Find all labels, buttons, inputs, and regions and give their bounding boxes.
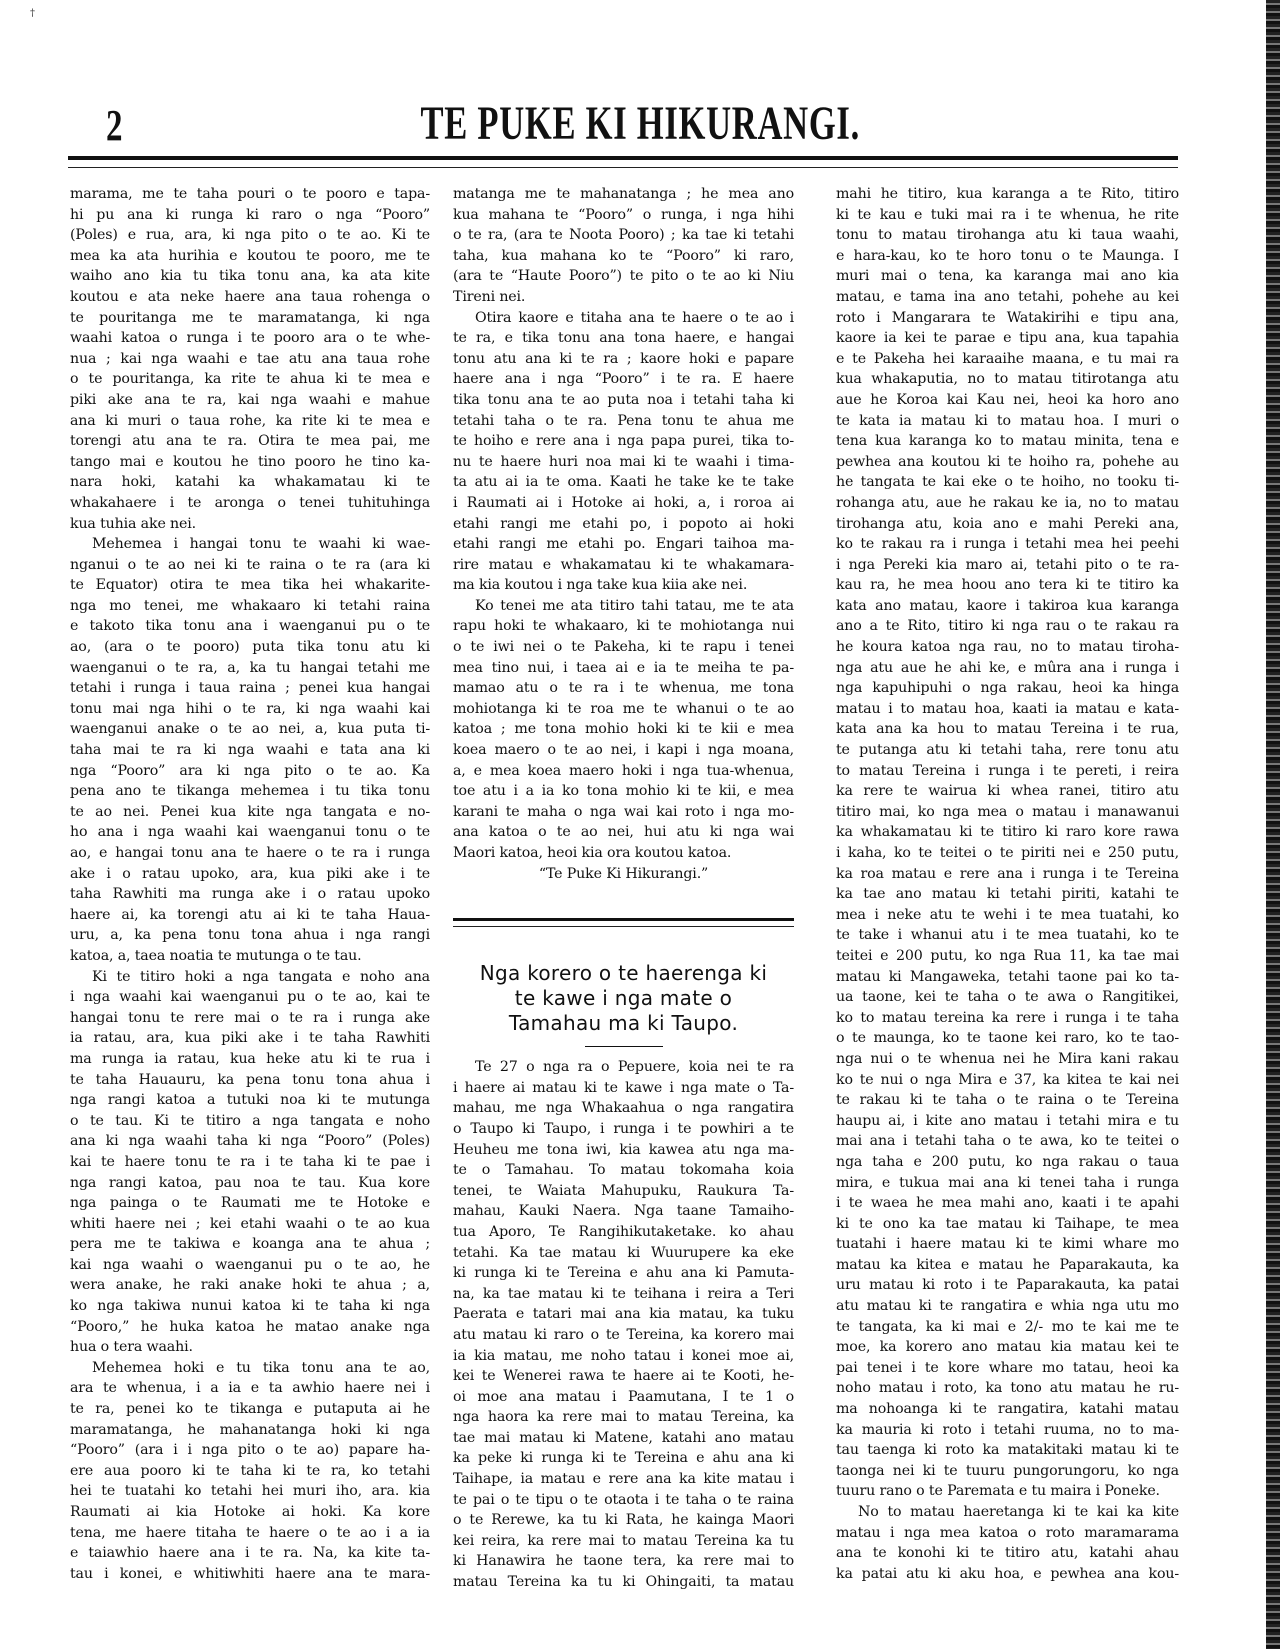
text-line: te putanga atu ki tetahi taha, rere tonu…	[836, 740, 1179, 761]
text-line: ano a te Rito, titiro ki nga rau o te ra…	[836, 616, 1179, 637]
column-2: matanga me te mahanatanga ; he mea anoku…	[453, 184, 794, 1593]
text-line: i Raumati ai i Hotoke ai hoki, a, i roro…	[453, 493, 794, 514]
divider-thin-rule	[453, 926, 794, 927]
text-line: Paerata e tatari mai ana kia matau, ka t…	[453, 1304, 794, 1325]
text-line: pai tenei i te kore whare mo tatau, heoi…	[836, 1358, 1179, 1379]
text-line: te ra, penei ko te tikanga e putaputa ai…	[70, 1399, 430, 1420]
scan-mark: †	[30, 8, 35, 19]
text-line: mai ana i tetahi taha o te awa, ko te te…	[836, 1131, 1179, 1152]
text-line: tonu atu ana ki te ra ; kaore hoki e pap…	[453, 349, 794, 370]
text-line: waenganui anake o te ao nei, a, kua puta…	[70, 719, 430, 740]
text-line: kua whakaputia, no to matau titirotanga …	[836, 369, 1179, 390]
text-line: Ki te titiro hoki a nga tangata e noho a…	[70, 967, 430, 988]
text-line: kei te Wenerei rawa te haere ai te Kooti…	[453, 1366, 794, 1387]
editorial-body: matanga me te mahanatanga ; he mea anoku…	[453, 184, 794, 864]
text-line: roto i Mangarara te Watakirihi e tipu an…	[836, 308, 1179, 329]
text-line: tango mai e koutou he tino pooro he tino…	[70, 452, 430, 473]
text-line: te Equator) otira te mea tika hei whakar…	[70, 575, 430, 596]
text-line: titiro mai, ko nga mea o matau i manawan…	[836, 802, 1179, 823]
text-line: mea i neke atu te wehi i te mea tuatahi,…	[836, 905, 1179, 926]
text-line: mohiotanga ki te roa me te whanui o te a…	[453, 699, 794, 720]
text-line: matau ka kitea e matau he Paparakauta, k…	[836, 1255, 1179, 1276]
text-line: ko nga takiwa nunui katoa ki te taha ki …	[70, 1296, 430, 1317]
text-line: tuatahi i haere matau ki te kimi whare m…	[836, 1234, 1179, 1255]
text-line: ake i o ratau upoko, ara, kua piki ake i…	[70, 864, 430, 885]
text-line: piki ake ana te ra, kai nga waahi e mahu…	[70, 390, 430, 411]
text-line: ana ki nga waahi taha ki nga “Pooro” (Po…	[70, 1131, 430, 1152]
text-line: ma nohoanga ki te rangatira, katahi mata…	[836, 1399, 1179, 1420]
text-line: mamao atu o te ra i te whenua, me tona	[453, 678, 794, 699]
text-line: ka tae ano matau ki tetahi piriti, katah…	[836, 884, 1179, 905]
text-line: tua Aporo, Te Rangihikutaketake. ko ahau	[453, 1222, 794, 1243]
text-line: torengi atu ana te ra. Otira te mea pai,…	[70, 431, 430, 452]
text-line: matau i nga mea katoa o roto maramarama	[836, 1523, 1179, 1544]
text-line: tau taenga ki roto ka matakitaki matau k…	[836, 1440, 1179, 1461]
text-line: matau ki Mangaweka, tetahi taone pai ko …	[836, 967, 1179, 988]
text-line: te tangata, ka ki mai e 2/- mo te kai me…	[836, 1317, 1179, 1338]
text-line: nga painga o te Raumati me te Hotoke e	[70, 1193, 430, 1214]
column-1: marama, me te taha pouri o te pooro e ta…	[70, 184, 430, 1584]
text-line: kau ra, he mea hoou ano tera ki te titir…	[836, 575, 1179, 596]
text-line: ki Hanawira he taone tera, ka rere mai t…	[453, 1551, 794, 1572]
text-line: Te 27 o nga ra o Pepuere, koia nei te ra	[453, 1057, 794, 1078]
text-line: moe, ka korero ano matau kia matau kei t…	[836, 1337, 1179, 1358]
text-line: ka rere te wairua ki whea ranei, titiro …	[836, 781, 1179, 802]
text-line: mahau, Kauki Naera. Nga taane Tamaiho-	[453, 1201, 794, 1222]
text-line: ana ki muri o taua rohe, ka rite ki te m…	[70, 411, 430, 432]
text-line: ana te konohi ki te titiro atu, katahi a…	[836, 1543, 1179, 1564]
text-line: haupu ai, i kite ano matau i tetahi mira…	[836, 1111, 1179, 1132]
text-line: ia ratau, ara, kua piki ake i te taha Ra…	[70, 1028, 430, 1049]
divider-thick-rule	[453, 918, 794, 921]
text-line: o te pouritanga, ka rite te ahua ki te m…	[70, 369, 430, 390]
text-line: i kaha, ko te teitei o te piriti nei e 2…	[836, 843, 1179, 864]
text-line: katoa ; me tona mohio hoki ki te kii e m…	[453, 719, 794, 740]
text-line: waenganui o te ra, a, ka tu hangai tetah…	[70, 658, 430, 679]
text-line: (ara te “Haute Pooro”) te pito o te ao k…	[453, 266, 794, 287]
text-line: matanga me te mahanatanga ; he mea ano	[453, 184, 794, 205]
text-line: i haere ai matau ki te kawe i nga mate o…	[453, 1078, 794, 1099]
text-line: kata ana ka hou to matau Tereina i te ru…	[836, 719, 1179, 740]
text-line: mahi he titiro, kua karanga a te Rito, t…	[836, 184, 1179, 205]
text-line: nga “Pooro” ara ki nga pito o te ao. Ka	[70, 761, 430, 782]
text-line: o te tau. Ki te titiro a nga tangata e n…	[70, 1111, 430, 1132]
text-line: ma runga ia ratau, kua heke atu ki te ru…	[70, 1049, 430, 1070]
text-line: ia kia matau, me noho tatau i konei moe …	[453, 1346, 794, 1367]
article-body: Te 27 o nga ra o Pepuere, koia nei te ra…	[453, 1057, 794, 1592]
text-line: hei te tuatahi ko tetahi hei muri iho, a…	[70, 1481, 430, 1502]
text-line: hi pu ana ki runga ki raro o nga “Pooro”	[70, 205, 430, 226]
text-line: tae mai matau ki Matene, katahi ano mata…	[453, 1428, 794, 1449]
text-line: pera me te takiwa e koanga ana te ahua ;	[70, 1234, 430, 1255]
text-line: atu matau ki te rangatira e whia nga utu…	[836, 1296, 1179, 1317]
text-line: tetahi taha o te ra. Pena tonu te ahua m…	[453, 411, 794, 432]
text-line: oi moe ana matau i Paamutana, I te 1 o	[453, 1387, 794, 1408]
text-line: taha mai te ra ki nga waahi e tata ana k…	[70, 740, 430, 761]
text-line: (Poles) e rua, ara, ki nga pito o te ao.…	[70, 225, 430, 246]
text-line: ao, e hangai tonu ana te haere o te ra i…	[70, 843, 430, 864]
text-line: katoa, a, taea noatia te mutunga o te ta…	[70, 946, 430, 967]
text-line: matau, e tama ina ano tetahi, pohehe au …	[836, 287, 1179, 308]
text-line: te kata ia matau ki to matau hoa. I muri…	[836, 411, 1179, 432]
text-line: pena ano te tikanga mehemea i tu tika to…	[70, 781, 430, 802]
text-line: nua ; kai nga waahi e tae atu ana taua r…	[70, 349, 430, 370]
text-line: te pouritanga me te maramatanga, ki nga	[70, 308, 430, 329]
text-line: koea maero o te ao nei, i kapi i nga moa…	[453, 740, 794, 761]
text-line: taonga nei ki te tuuru pungorungoru, ko …	[836, 1461, 1179, 1482]
text-line: mahau, me nga Whakaahua o nga rangatira	[453, 1098, 794, 1119]
text-line: kata ano matau, kaore i takiroa kua kara…	[836, 596, 1179, 617]
text-line: matau i to matau hoa, kaati ia matau e k…	[836, 699, 1179, 720]
text-line: i nga Pereki kia maro ai, tetahi pito o …	[836, 555, 1179, 576]
text-line: tika tonu ana te ao puta noa i tetahi ta…	[453, 390, 794, 411]
text-line: nu te haere huri noa mai ki te waahi i t…	[453, 452, 794, 473]
article-headline: Nga korero o te haerenga ki te kawe i ng…	[453, 961, 794, 1036]
text-line: tena kua karanga ko to matau minita, ten…	[836, 431, 1179, 452]
text-line: kai te haere tonu te ra i te taha ki te …	[70, 1152, 430, 1173]
text-line: to matau Tereina i runga i te pereti, i …	[836, 761, 1179, 782]
text-line: etahi rangi me etahi po. Engari taihoa m…	[453, 534, 794, 555]
text-line: matau Tereina ka tu ki Ohingaiti, ta mat…	[453, 1572, 794, 1593]
text-line: toe atu i a ia ko tona mohio ki te kii, …	[453, 781, 794, 802]
text-line: i te waea he mea mahi ano, kaati i te ap…	[836, 1193, 1179, 1214]
editorial-signature: “Te Puke Ki Hikurangi.”	[453, 864, 794, 885]
text-line: atu matau ki raro o te Tereina, ka korer…	[453, 1325, 794, 1346]
text-line: No to matau haeretanga ki te kai ka kite	[836, 1502, 1179, 1523]
text-line: tau i konei, e whitiwhiti haere ana te m…	[70, 1564, 430, 1585]
text-line: rire matau e whakamatau ki te whakamara-	[453, 555, 794, 576]
text-line: teitei e 200 putu, ko nga Rua 11, ka tae…	[836, 946, 1179, 967]
text-line: ka roa matau e rere ana i runga i te Ter…	[836, 864, 1179, 885]
text-line: ka mauria ki roto i tetahi ruuma, no to …	[836, 1420, 1179, 1441]
text-line: Heuheu me tona iwi, kia kawea atu nga ma…	[453, 1140, 794, 1161]
text-line: kua mahana te “Pooro” o runga, i nga hih…	[453, 205, 794, 226]
text-line: nga haora ka rere mai to matau Tereina, …	[453, 1407, 794, 1428]
text-line: nga atu aue he ahi ke, e mûra ana i rung…	[836, 658, 1179, 679]
text-line: tena, me haere titaha te haere o te ao i…	[70, 1523, 430, 1544]
text-line: e takoto tika tonu ana i waenganui pu o …	[70, 616, 430, 637]
text-line: ki te kau e tuki mai ra i te whenua, he …	[836, 205, 1179, 226]
text-line: a, e mea koea maero hoki i nga tua-whenu…	[453, 761, 794, 782]
text-line: e hara-kau, ko te horo tonu o te Maunga.…	[836, 246, 1179, 267]
text-line: wera anake, he raki anake hoki te ahua ;…	[70, 1275, 430, 1296]
headline-line: Nga korero o te haerenga ki	[453, 961, 794, 986]
masthead: TE PUKE KI HIKURANGI.	[0, 100, 1280, 148]
text-line: Mehemea i hangai tonu te waahi ki wae-	[70, 534, 430, 555]
masthead-rule-thick	[68, 156, 1178, 160]
text-line: Taihape, ia matau e rere ana ka kite mat…	[453, 1469, 794, 1490]
masthead-rule-thin	[68, 167, 1178, 168]
text-line: nga taha e 200 putu, ko nga rakau o taua	[836, 1152, 1179, 1173]
text-line: hua o tera waahi.	[70, 1337, 430, 1358]
text-line: o Taupo ki Taupo, i runga i te powhiri a…	[453, 1119, 794, 1140]
text-line: ere aua pooro ki te taha ki te ra, ko te…	[70, 1461, 430, 1482]
text-line: waahi katoa o runga i te pooro ara o te …	[70, 328, 430, 349]
text-line: “Pooro” (ara i i nga pito o te ao) papar…	[70, 1440, 430, 1461]
text-line: Raumati ai kia Hotoke ai hoki. Ka kore	[70, 1502, 430, 1523]
text-line: tonu mai nga hihi o te ra, ki nga waahi …	[70, 699, 430, 720]
text-line: uru, a, ka pena tonu tona ahua i nga ran…	[70, 925, 430, 946]
text-line: waiho ano kia tu tika tonu ana, ka ata k…	[70, 266, 430, 287]
text-line: ka whakamatau ki te titiro ki raro kore …	[836, 822, 1179, 843]
headline-underrule	[585, 1046, 663, 1047]
text-line: muri mai o tena, ka karanga mai ano kia	[836, 266, 1179, 287]
text-line: ki runga ki te Tereina e ahu ana ki Pamu…	[453, 1263, 794, 1284]
text-line: tonu to matau tirohanga atu ki taua waah…	[836, 225, 1179, 246]
text-line: taha Rawhiti ma runga ake i o ratau upok…	[70, 884, 430, 905]
text-line: o te ra, (ara te Noota Pooro) ; ka tae k…	[453, 225, 794, 246]
text-line: te take i whanui atu i te mea tuatahi, k…	[836, 925, 1179, 946]
text-line: te hoiho e rere ana i nga papa purei, ti…	[453, 431, 794, 452]
text-line: ka patai atu ki aku hoa, e pewhea ana ko…	[836, 1564, 1179, 1585]
text-line: rapu hoki te whakaaro, ki te mohiotanga …	[453, 616, 794, 637]
text-line: mira, e tukua mai ana ki tenei taha i ru…	[836, 1173, 1179, 1194]
text-line: o te iwi nei o te Pakeha, ki te rapu i t…	[453, 637, 794, 658]
text-line: whiti haere nei ; kei etahi waahi o te a…	[70, 1214, 430, 1235]
text-line: rohanga atu, aue he rakau ke ia, no to m…	[836, 493, 1179, 514]
text-line: te taha Hauauru, ka pena tonu tona ahua …	[70, 1070, 430, 1091]
text-line: ko te nui o nga Mira e 37, ka kitea te k…	[836, 1070, 1179, 1091]
text-line: haere ana i nga “Pooro” i te ra. E haere	[453, 369, 794, 390]
text-line: ka peke ki runga ki te Tereina e ahu ana…	[453, 1448, 794, 1469]
masthead-title: TE PUKE KI HIKURANGI.	[420, 100, 859, 148]
text-line: ma kia koutou i nga take kua kiia ake ne…	[453, 575, 794, 596]
text-line: o te maunga, ko te taone kei raro, ko te…	[836, 1028, 1179, 1049]
text-line: ara te whenua, i a ia e ta awhio haere n…	[70, 1378, 430, 1399]
text-line: Otira kaore e titaha ana te haere o te a…	[453, 308, 794, 329]
text-line: he tangata te kai eke o te hoiho, no too…	[836, 472, 1179, 493]
text-line: “Pooro,” he huka katoa he matao anake ng…	[70, 1317, 430, 1338]
text-line: Mehemea hoki e tu tika tonu ana te ao,	[70, 1358, 430, 1379]
text-line: koutou e ata neke haere ana taua rohenga…	[70, 287, 430, 308]
text-line: mea ka ata hurihia e koutou te pooro, me…	[70, 246, 430, 267]
text-line: kaore ia kei te parae e tipu ana, kua ta…	[836, 328, 1179, 349]
text-line: ki te ono ka tae matau ki Taihape, te me…	[836, 1214, 1179, 1235]
headline-line: te kawe i nga mate o	[453, 986, 794, 1011]
text-line: nga rangi katoa a tutuki noa ki te mutun…	[70, 1090, 430, 1111]
text-line: tirohanga atu, koia ano e mahi Pereki an…	[836, 514, 1179, 535]
text-line: haere ai, ka torengi atu ai ki te taha H…	[70, 905, 430, 926]
headline-line: Tamahau ma ki Taupo.	[453, 1011, 794, 1036]
text-line: te ao nei. Penei kua kite nga tangata e …	[70, 802, 430, 823]
text-line: Tireni nei.	[453, 287, 794, 308]
text-line: nga kapuhipuhi o nga rakau, heoi ka hing…	[836, 678, 1179, 699]
text-line: karani te maha o nga wai kai roto i nga …	[453, 802, 794, 823]
text-line: ho ana i nga waahi kai waenganui tonu o …	[70, 822, 430, 843]
text-line: e taiawhio haere ana i te ra. Na, ka kit…	[70, 1543, 430, 1564]
text-line: mea tino nui, i taea ai e ia te meiha te…	[453, 658, 794, 679]
text-line: hangai tonu te rere mai o te ra i runga …	[70, 1008, 430, 1029]
text-line: Maori katoa, heoi kia ora koutou katoa.	[453, 843, 794, 864]
text-line: tuuru rano o te Paremata e tu maira i Po…	[836, 1481, 1179, 1502]
text-line: nganui o te ao nei ki te raina o te ra (…	[70, 555, 430, 576]
text-line: pewhea ana koutou ki te hoiho ra, pohehe…	[836, 452, 1179, 473]
text-line: maramatanga, he mahanatanga hoki ki nga	[70, 1420, 430, 1441]
text-line: i nga waahi kai waenganui pu o te ao, ka…	[70, 987, 430, 1008]
text-line: te o Tamahau. To matau tokomaha koia	[453, 1160, 794, 1181]
text-line: ko to matau tereina ka rere i runga i te…	[836, 1008, 1179, 1029]
text-line: nga rangi katoa, pau noa te tau. Kua kor…	[70, 1173, 430, 1194]
text-line: e te Pakeha hei karaaihe maana, e tu mai…	[836, 349, 1179, 370]
text-line: etahi rangi me etahi po, i popoto ai hok…	[453, 514, 794, 535]
text-line: nga mo tenei, me whakaaro ki tetahi rain…	[70, 596, 430, 617]
text-line: taha, kua mahana ko te “Pooro” ki raro,	[453, 246, 794, 267]
text-line: na, ka tae matau ki te teihana i reira a…	[453, 1284, 794, 1305]
text-line: marama, me te taha pouri o te pooro e ta…	[70, 184, 430, 205]
text-line: te ra, e tika tonu ana tona haere, e han…	[453, 328, 794, 349]
text-line: tetahi i runga i taua raina ; penei kua …	[70, 678, 430, 699]
text-line: noho matau i roto, ka tono atu matau he …	[836, 1378, 1179, 1399]
text-line: uru matau ki roto i te Paparakauta, ka p…	[836, 1275, 1179, 1296]
text-line: ta atu ai ia te oma. Kaati he take ke te…	[453, 472, 794, 493]
column-3: mahi he titiro, kua karanga a te Rito, t…	[836, 184, 1179, 1584]
text-line: tenei, te Waiata Mahupuku, Raukura Ta-	[453, 1181, 794, 1202]
text-line: whakahaere i te aronga o tenei tuhituhin…	[70, 493, 430, 514]
text-line: te rakau ki te taha o te raina o te Tere…	[836, 1090, 1179, 1111]
text-line: aue he Koroa kai Kau nei, heoi ka horo a…	[836, 390, 1179, 411]
text-line: ao, (ara o te pooro) puta tika tonu atu …	[70, 637, 430, 658]
text-line: ko te rakau ra i runga i tetahi mea hei …	[836, 534, 1179, 555]
text-line: he koura katoa nga rau, no to matau tiro…	[836, 637, 1179, 658]
text-line: kei reira, ka rere mai to matau Tereina …	[453, 1531, 794, 1552]
text-line: nara hoki, katahi ka whakamatau ki te	[70, 472, 430, 493]
text-line: nga nui o te whenua nei he Mira kani rak…	[836, 1049, 1179, 1070]
text-line: ana katoa o te ao nei, hui atu ki nga wa…	[453, 822, 794, 843]
text-line: ua taone, kei te taha o te awa o Rangiti…	[836, 987, 1179, 1008]
text-line: Ko tenei me ata titiro tahi tatau, me te…	[453, 596, 794, 617]
text-line: o te Rerewe, ka tu ki Rata, he kainga Ma…	[453, 1510, 794, 1531]
text-line: kua tuhia ake nei.	[70, 514, 430, 535]
section-divider	[453, 918, 794, 927]
text-line: te pai o te tipu o te otaota i te taha o…	[453, 1490, 794, 1511]
text-line: kai nga waahi o waenganui pu o te ao, he	[70, 1255, 430, 1276]
page-edge-border	[1266, 0, 1280, 1649]
text-line: tetahi. Ka tae matau ki Wuurupere ka eke	[453, 1243, 794, 1264]
